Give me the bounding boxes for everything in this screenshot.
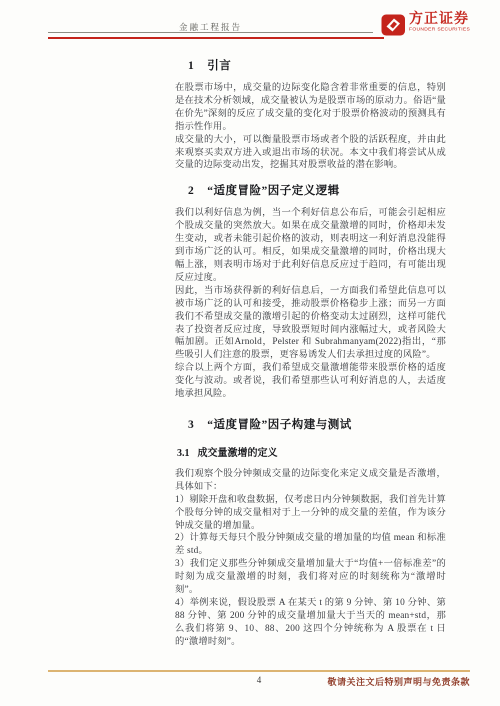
section-title: 引言 [207, 60, 231, 72]
section-heading-2: 2“适度冒险”因子定义逻辑 [175, 182, 446, 198]
logo-company-name-en: FOUNDER SECURITIES [409, 27, 470, 32]
header-divider-red [48, 37, 384, 39]
paragraph: 综合以上两个方面，我们希望成交量激增能带来股票价格的适度变化与波动。或者说，我们… [175, 362, 446, 401]
logo-company-name: 方正证券 [409, 11, 484, 25]
paragraph: 因此，当市场获得新的利好信息后，一方面我们希望此信息可以被市场广泛的认可和接受，… [175, 285, 446, 362]
footer-disclaimer: 敬请关注文后特别声明与免责条款 [327, 675, 470, 688]
paragraph: 我们观察个股分钟频成交量的边际变化来定义成交量是否激增，具体如下： [175, 468, 446, 494]
founder-logo-icon [381, 14, 406, 41]
section-title: “适度冒险”因子定义逻辑 [207, 185, 340, 197]
footer-divider [48, 670, 470, 672]
report-body: 1引言 在股票市场中，成交量的边际变化隐含着非常重要的信息，特别是在技术分析领域… [175, 50, 446, 649]
section-number: 2 [188, 185, 194, 197]
section-number: 1 [188, 60, 194, 72]
subsection-title: 成交量激增的定义 [198, 448, 278, 459]
logo-text: 方正证券 FOUNDER SECURITIES [409, 11, 484, 33]
section-heading-1: 1引言 [175, 57, 446, 73]
founder-securities-logo: 方正证券 FOUNDER SECURITIES [381, 11, 484, 41]
section-number: 3 [188, 419, 194, 431]
paragraph: 成交量的大小，可以衡量股票市场或者个股的活跃程度，并由此来观察买卖双方进入或退出… [175, 134, 446, 173]
paragraph: 在股票市场中，成交量的边际变化隐含着非常重要的信息，特别是在技术分析领域，成交量… [175, 82, 446, 134]
report-page: 金融工程报告 方正证券 FOUNDER SECURITIES 1引言 在股票市场… [0, 0, 500, 706]
list-item-paragraph: 4）举例来说，假设股票 A 在某天 t 的第 9 分钟、第 10 分钟、第 88… [175, 597, 446, 649]
subsection-number: 3.1 [177, 448, 190, 459]
list-item-paragraph: 3）我们定义那些分钟频成交量增加量大于“均值+一倍标准差”的时刻为成交量激增的时… [175, 558, 446, 597]
list-item-paragraph: 1）剔除开盘和收盘数据，仅考虑日内分钟频数据，我们首先计算个股每分钟的成交量相对… [175, 494, 446, 533]
header-divider-thin [48, 32, 373, 33]
section-heading-3: 3“适度冒险”因子构建与测试 [175, 416, 446, 432]
paragraph: 我们以利好信息为例，当一个利好信息公布后，可能会引起相应个股成交量的突然放大。如… [175, 207, 446, 284]
list-item-paragraph: 2）计算每天每只个股分钟频成交量的增加量的均值 mean 和标准差 std。 [175, 532, 446, 558]
section-title: “适度冒险”因子构建与测试 [207, 419, 352, 431]
subsection-heading-3-1: 3.1成交量激增的定义 [175, 444, 446, 459]
